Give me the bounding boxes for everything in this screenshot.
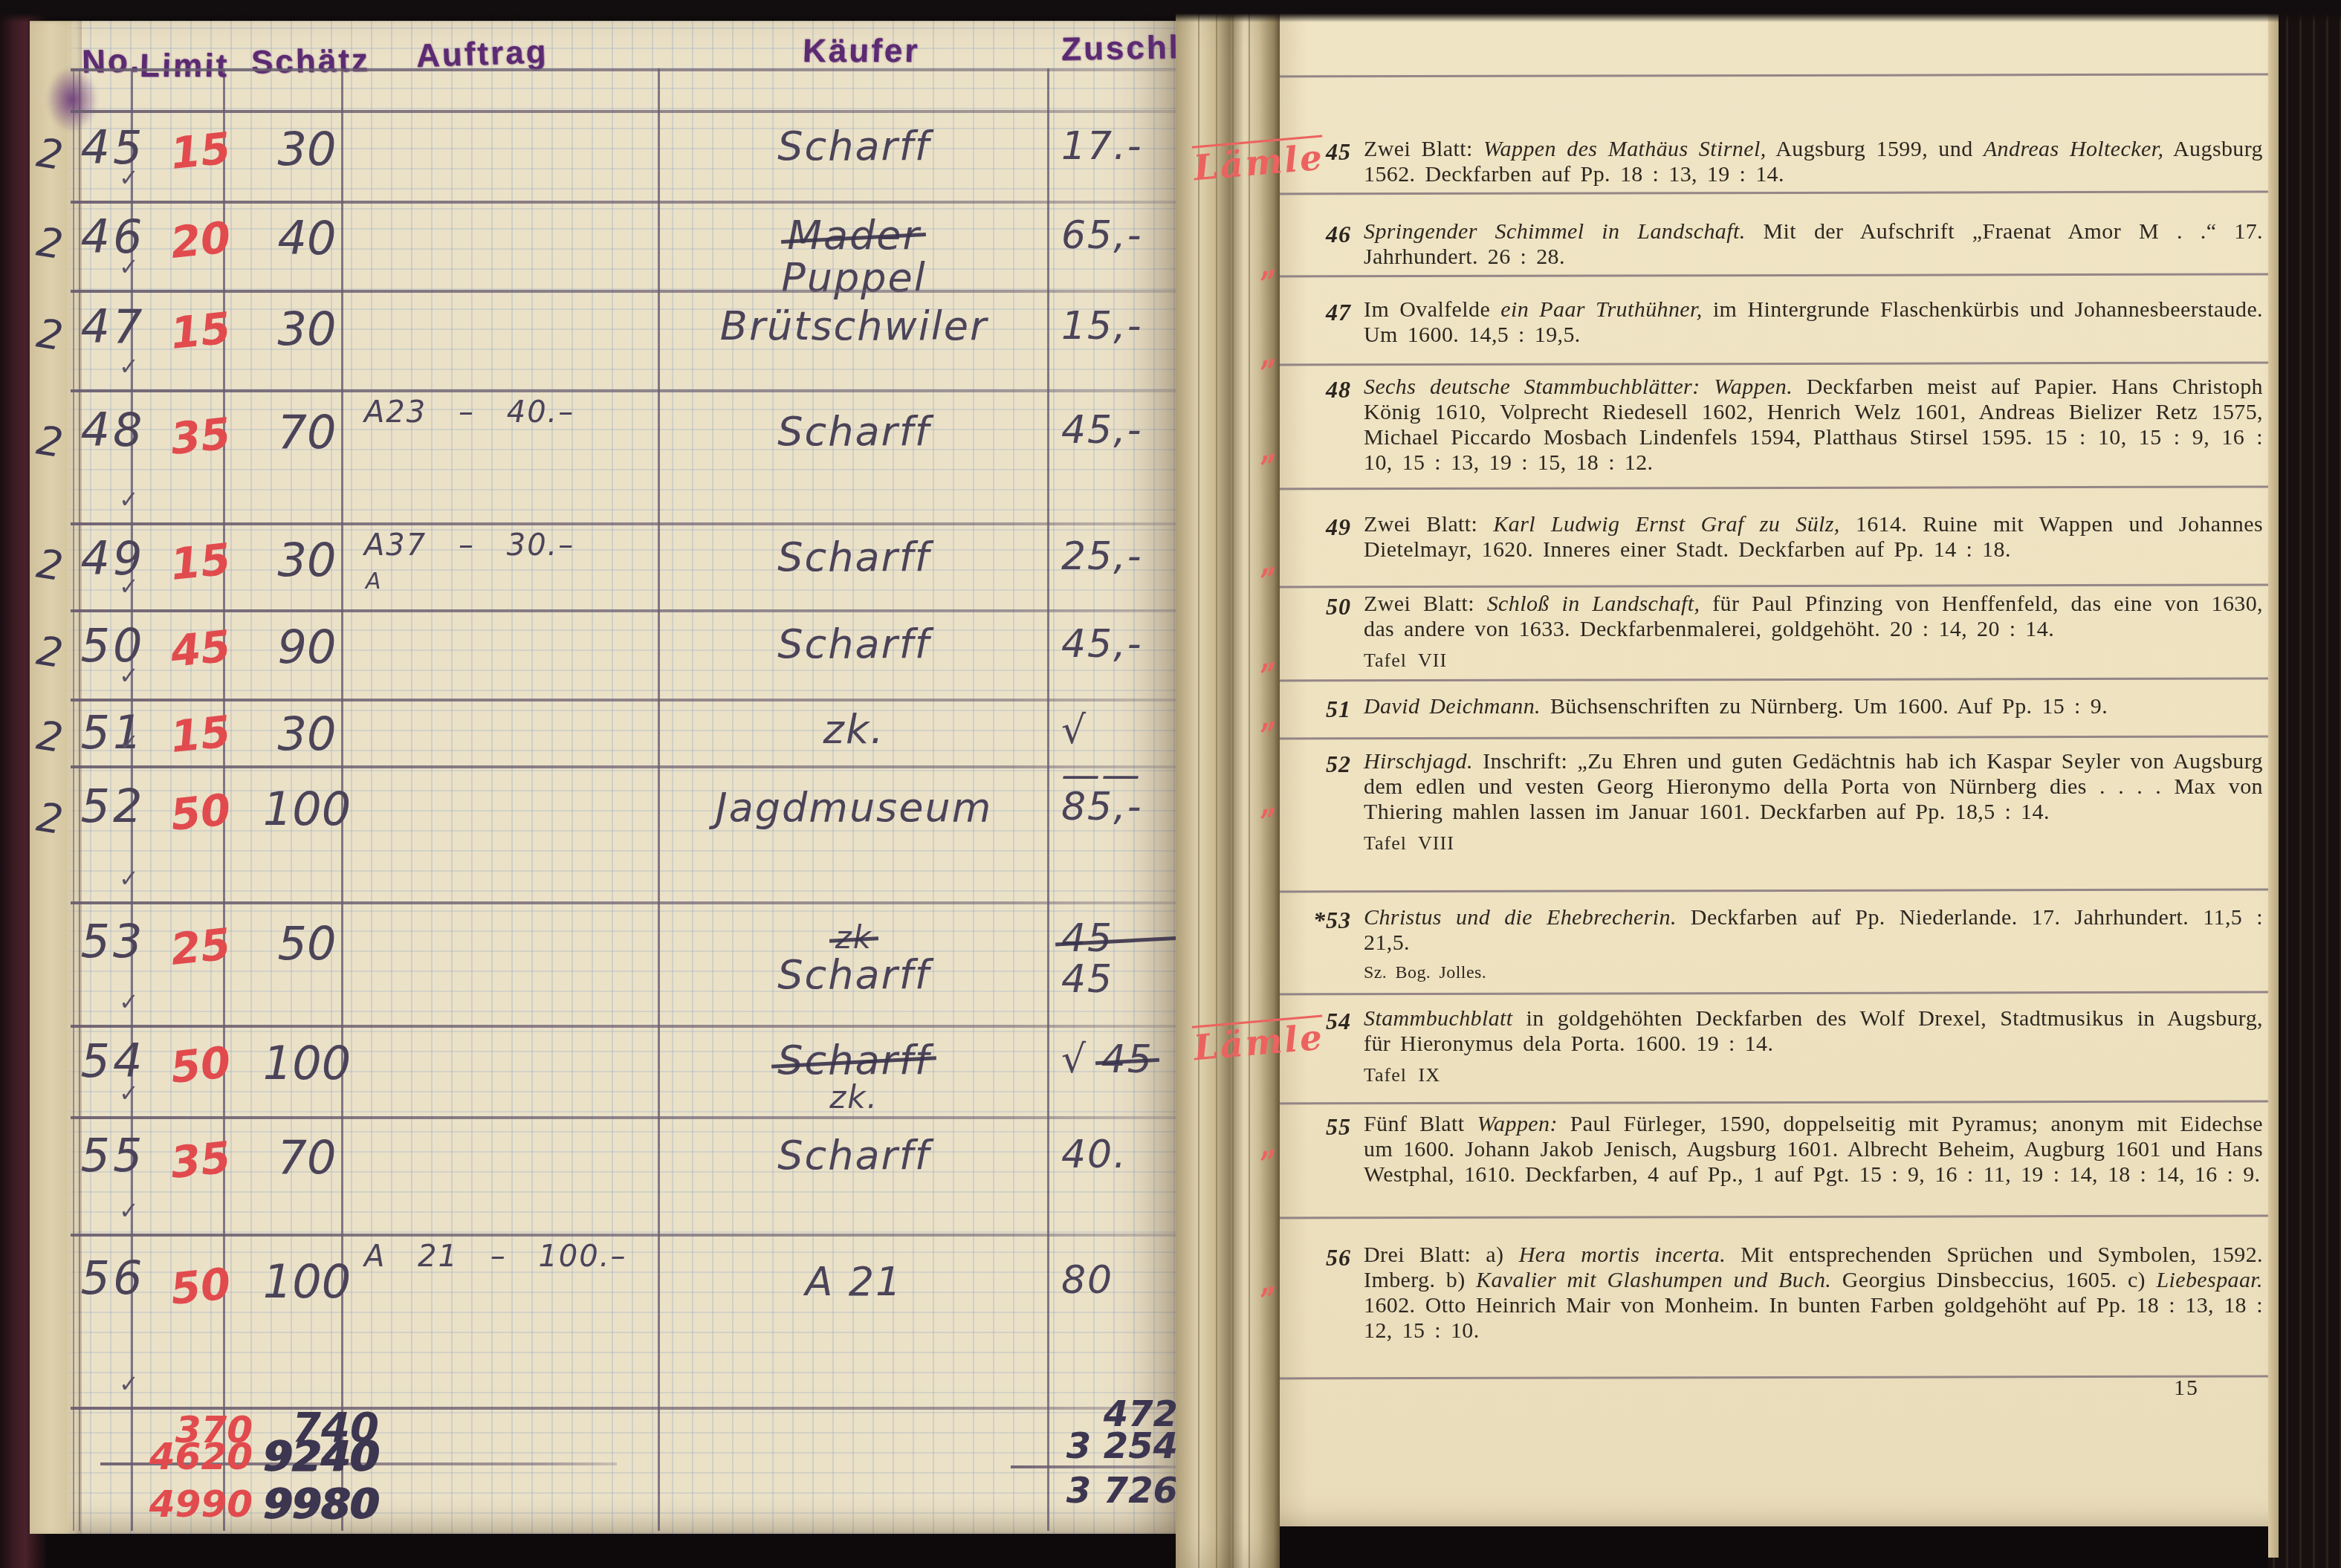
row-separator — [71, 901, 1176, 904]
table-row: 246✓2040MaderPuppel65,- — [30, 201, 1182, 290]
zuschlag-cell: 25,- — [1061, 534, 1177, 579]
row-margin-mark: 2 — [33, 540, 66, 590]
schaetz-cell: 100 — [250, 1254, 364, 1309]
lot-separator — [1263, 991, 2268, 996]
zuschlag-cell: 45,- — [1061, 622, 1177, 667]
table-row: 249✓1530A37 – 30.–AScharff25,- — [30, 522, 1182, 609]
table-row: 56✓50100A 21 – 100.–A 2180 — [30, 1234, 1182, 1407]
check-mark: ✓ — [119, 163, 139, 192]
row-margin-mark: 2 — [33, 711, 66, 762]
auftrag-note-extra: A — [366, 568, 381, 595]
catalog-lot-number: *53 — [1289, 907, 1351, 934]
check-mark: ✓ — [119, 728, 139, 757]
kaeufer-name: Scharff — [661, 1135, 1046, 1177]
kaeufer-cell: MaderPuppel — [661, 215, 1046, 299]
lot-number-cell: 54 — [76, 1034, 150, 1088]
zuschlag-struck: 45 — [1061, 919, 1177, 959]
schaetz-cell: 30 — [250, 122, 364, 176]
kaeufer-cell: Scharff — [661, 1135, 1046, 1177]
catalog-lot-number: 48 — [1289, 376, 1351, 404]
check-mark: ✓ — [119, 572, 139, 600]
row-margin-mark: 2 — [33, 417, 66, 467]
table-row: 53✓2550zkScharff4545 — [30, 901, 1182, 1025]
lot-text: Zwei Blatt: — [1364, 137, 1483, 161]
table-row: 251✓1530zk.√ —— — [30, 699, 1182, 765]
row-separator — [71, 522, 1176, 525]
provenance-note: Sz. Bog. Jolles. — [1364, 960, 2263, 985]
struck-text: zk — [835, 921, 872, 954]
zuschlag-cell: 17.- — [1061, 124, 1177, 169]
lot-text: Fünf Blatt — [1364, 1112, 1477, 1136]
lot-separator — [1263, 362, 2268, 366]
zuschlag-value: 45 — [1061, 959, 1177, 1000]
kaeufer-struck-above: zk — [661, 921, 1046, 954]
lot-title-italic: Sechs deutsche Stammbuchblätter: Wappen. — [1364, 375, 1793, 399]
table-row: 252✓50100Jagdmuseum85,- — [30, 765, 1182, 901]
lot-text: 1602. Otto Heinrich Mair von Monheim. In… — [1364, 1293, 2263, 1343]
zuschlag-value: 80 — [1061, 1258, 1113, 1303]
check-mark: ✓ — [119, 352, 139, 380]
column-header-no: No. — [82, 42, 142, 80]
limit-cell: 20 — [152, 210, 249, 270]
limit-cell: 50 — [152, 1034, 249, 1095]
lot-separator — [1263, 678, 2268, 682]
kaeufer-cell: Jagdmuseum — [661, 787, 1046, 829]
limit-cell: 50 — [152, 783, 249, 843]
lot-separator — [1263, 736, 2268, 740]
lot-title-italic: Schloß in Landschaft, — [1487, 592, 1700, 616]
lot-number-cell: 53 — [76, 914, 150, 968]
check-mark: ✓ — [119, 988, 139, 1016]
zuschlag-cell: 45,- — [1061, 408, 1177, 453]
check-mark: ✓ — [119, 1196, 139, 1225]
lot-number-cell: 52 — [76, 779, 150, 833]
lot-title-italic: David Deichmann. — [1364, 694, 1541, 719]
lot-separator — [1263, 1101, 2268, 1105]
catalog-lot-text: David Deichmann. Büchsenschriften zu Nür… — [1364, 694, 2263, 719]
lot-separator — [1263, 486, 2268, 490]
check-mark: ✓ — [119, 661, 139, 690]
zuschlag-value: 40. — [1061, 1133, 1127, 1177]
lot-text: Zwei Blatt: — [1364, 592, 1487, 616]
struck-text: Scharff — [777, 1040, 930, 1082]
lot-number-cell: 46 — [76, 210, 150, 264]
zuschlag-cell: 40. — [1061, 1133, 1177, 1177]
catalog-page: 45Zwei Blatt: Wappen des Mathäus Stirnel… — [1263, 10, 2274, 1526]
lot-title-italic: Karl Ludwig Ernst Graf zu Sülz, — [1493, 512, 1839, 537]
row-separator — [71, 1116, 1176, 1119]
table-row: 248✓3570A23 – 40.–Scharff45,- — [30, 389, 1182, 522]
kaeufer-name: A 21 — [661, 1261, 1046, 1303]
catalog-lot-text: Sechs deutsche Stammbuchblätter: Wappen.… — [1364, 375, 2263, 476]
zuschlag-value: 45,- — [1061, 408, 1142, 453]
limit-cell: 45 — [152, 619, 249, 679]
lot-title-italic: Springender Schimmel in Landschaft. — [1364, 219, 1746, 244]
lot-text: Drei Blatt: a) — [1364, 1243, 1519, 1267]
kaeufer-cell: Brütschwiler — [661, 305, 1046, 348]
lot-title-italic: Wappen: — [1477, 1112, 1557, 1136]
page-number: 15 — [2174, 1376, 2199, 1401]
schaetz-cell: 40 — [250, 211, 364, 265]
schaetz-cell: 50 — [250, 916, 364, 971]
lot-number-cell: 51 — [76, 705, 150, 759]
zuschlag-value: 25,- — [1061, 534, 1142, 579]
row-separator — [71, 699, 1176, 702]
kaeufer-name: Scharff — [661, 623, 1046, 666]
catalog-lot-number: 45 — [1289, 138, 1351, 166]
lot-separator — [1263, 273, 2268, 278]
lot-separator — [1263, 1376, 2268, 1380]
catalog-lot-number: 52 — [1289, 751, 1351, 778]
row-separator — [71, 389, 1176, 392]
row-margin-mark: 2 — [33, 627, 66, 678]
lot-number-cell: 48 — [76, 403, 150, 457]
kaeufer-cell: Scharff — [661, 126, 1046, 168]
row-separator — [71, 609, 1176, 612]
lot-text: Büchsenschriften zu Nürnberg. Um 1600. A… — [1541, 694, 2108, 719]
auftrag-note: A 21 – 100.– — [364, 1240, 626, 1274]
kaeufer-cell: Scharffzk. — [661, 1040, 1046, 1115]
lot-title-italic: Hirschjagd. — [1364, 749, 1473, 774]
zuschlag-struck: 45 — [1101, 1037, 1153, 1082]
table-row: 247✓1530Brütschwiler15,- — [30, 290, 1182, 389]
zuschlag-value: 15,- — [1061, 304, 1142, 349]
lot-title-italic: Andreas Holtecker, — [1984, 137, 2163, 161]
book-cover-top-edge — [0, 0, 2341, 22]
auftrag-note: A37 – 30.– — [364, 528, 574, 563]
lot-title-italic: ein Paar Truthühner, — [1500, 297, 1702, 322]
schaetz-cell: 100 — [250, 782, 364, 836]
kaeufer-cell: A 21 — [661, 1261, 1046, 1303]
kaeufer-cell: zkScharff — [661, 921, 1046, 997]
zuschlag-value: 65,- — [1061, 213, 1142, 258]
kaeufer-name: Brütschwiler — [661, 305, 1046, 348]
catalog-lot-text: Zwei Blatt: Schloß in Landschaft, für Pa… — [1364, 592, 2263, 673]
lot-title-italic: Christus und die Ehebrecherin. — [1364, 905, 1677, 930]
lot-number-cell: 45 — [76, 120, 150, 175]
catalog-lot-text: Springender Schimmel in Landschaft. Mit … — [1364, 219, 2263, 270]
limit-cell: 35 — [152, 1130, 249, 1190]
zuschlag-cell: √ 45 — [1061, 1037, 1177, 1082]
lot-separator — [1263, 584, 2268, 589]
kaeufer-cell: Scharff — [661, 623, 1046, 666]
tafel-reference: Tafel VIII — [1364, 831, 2263, 856]
lot-separator — [1263, 1215, 2268, 1219]
kaeufer-name: Scharff — [661, 954, 1046, 997]
catalog-lot-text: Christus und die Ehebrecherin. Deckfarbe… — [1364, 905, 2263, 985]
catalog-lot-number: 50 — [1289, 593, 1351, 621]
lot-text: Zwei Blatt: — [1364, 512, 1493, 537]
schaetz-cell: 30 — [250, 533, 364, 587]
column-header-schaetz: Schätz — [251, 42, 371, 82]
row-margin-mark: 2 — [33, 310, 66, 360]
schaetz-cell: 70 — [250, 405, 364, 459]
lot-number-cell: 55 — [76, 1128, 150, 1182]
lot-number-cell: 50 — [76, 618, 150, 673]
lot-title-italic: Hera mortis incerta. — [1519, 1243, 1726, 1267]
tafel-reference: Tafel IX — [1364, 1063, 2263, 1088]
catalog-lot-number: 46 — [1289, 221, 1351, 248]
totals-value: 9240 — [253, 1432, 379, 1480]
catalog-lot-text: Stammbuchblatt in goldgehöhten Deckfarbe… — [1364, 1006, 2263, 1088]
kaeufer-name: Scharff — [661, 126, 1046, 168]
table-row: 245✓1530Scharff17.- — [30, 111, 1182, 201]
lot-text: Augsburg 1599, und — [1767, 137, 1984, 161]
zuschlag-check: √ — [1061, 708, 1087, 753]
check-mark: ✓ — [119, 485, 139, 514]
zuschlag-value: 17.- — [1061, 124, 1142, 169]
lot-title-italic: Wappen des Mathäus Stirnel, — [1483, 137, 1767, 161]
limit-cell: 50 — [152, 1257, 249, 1317]
lot-number-cell: 49 — [76, 531, 150, 586]
zuschlag-check: √ — [1061, 1037, 1101, 1082]
book-gutter — [1176, 0, 1280, 1568]
kaeufer-below-note: zk. — [661, 1081, 1046, 1114]
catalog-lot-text: Zwei Blatt: Wappen des Mathäus Stirnel, … — [1364, 137, 2263, 187]
kaeufer-name: Scharff — [661, 411, 1046, 453]
lot-number-cell: 56 — [76, 1251, 150, 1305]
lot-separator — [1263, 889, 2268, 893]
lot-title-italic: Stammbuchblatt — [1364, 1006, 1513, 1031]
totals-value: 4620 — [141, 1435, 253, 1478]
catalog-lot-number: 49 — [1289, 514, 1351, 541]
limit-cell: 15 — [152, 121, 249, 181]
check-mark: ✓ — [119, 253, 139, 281]
row-separator — [71, 110, 1176, 113]
tafel-reference: Tafel VII — [1364, 648, 2263, 673]
catalog-lot-number: 51 — [1289, 696, 1351, 723]
limit-cell: 15 — [152, 531, 249, 592]
lot-separator — [1263, 74, 2268, 78]
lot-text: Georgius Dinsbeccius, 1605. c) — [1831, 1268, 2156, 1292]
catalog-lot-text: Hirschjagd. Inschrift: „Zu Ehren und gut… — [1364, 749, 2263, 856]
kaeufer-name: Jagdmuseum — [661, 787, 1046, 829]
lot-text: Inschrift: „Zu Ehren und guten Gedächtni… — [1364, 749, 2263, 824]
row-margin-mark: 2 — [33, 218, 66, 269]
limit-cell: 15 — [152, 301, 249, 361]
totals-value: 9980 — [253, 1480, 379, 1528]
schaetz-cell: 100 — [250, 1036, 364, 1090]
zuschlag-cell: 65,- — [1061, 213, 1177, 258]
zuschlag-cell: 4545 — [1061, 919, 1177, 1000]
limit-cell: 15 — [152, 704, 249, 765]
catalog-lot-text: Zwei Blatt: Karl Ludwig Ernst Graf zu Sü… — [1364, 512, 2263, 563]
check-mark: ✓ — [119, 1370, 139, 1398]
schaetz-cell: 70 — [250, 1130, 364, 1185]
schaetz-cell: 30 — [250, 707, 364, 761]
zuschlag-cell: 80 — [1061, 1258, 1177, 1303]
struck-text: Mader — [787, 215, 920, 257]
page-block-edges — [2268, 0, 2341, 1568]
schaetz-cell: 30 — [250, 302, 364, 356]
row-separator — [71, 201, 1176, 204]
zuschlag-cell: 15,- — [1061, 304, 1177, 349]
catalog-lot-number: 54 — [1289, 1008, 1351, 1035]
schaetz-cell: 90 — [250, 620, 364, 674]
totals-value: 3 726 — [1026, 1470, 1178, 1512]
kaeufer-name: Scharff — [661, 537, 1046, 579]
kaeufer-cell: Scharff — [661, 411, 1046, 453]
lot-title-italic: Kavalier mit Glashumpen und Buch. — [1476, 1268, 1831, 1292]
limit-cell: 25 — [152, 916, 249, 976]
zuschlag-value: 85,- — [1061, 785, 1142, 829]
check-mark: ✓ — [119, 864, 139, 892]
kaeufer-struck-name: Scharff — [661, 1040, 1046, 1082]
table-row: 55✓3570Scharff40. — [30, 1116, 1182, 1234]
lot-number-cell: 47 — [76, 299, 150, 354]
column-header-limit: Limit — [139, 48, 230, 85]
limit-cell: 35 — [152, 406, 249, 466]
table-row: 54✓50100Scharffzk.√ 45 — [30, 1025, 1182, 1116]
row-margin-mark: 2 — [33, 794, 66, 844]
zuschlag-cell: 85,- — [1061, 785, 1177, 829]
catalog-lot-text: Fünf Blatt Wappen: Paul Fürleger, 1590, … — [1364, 1112, 2263, 1188]
table-row: 250✓4590Scharff45,- — [30, 609, 1182, 699]
kaeufer-cell: zk. — [661, 709, 1046, 751]
catalog-lot-text: Drei Blatt: a) Hera mortis incerta. Mit … — [1364, 1243, 2263, 1344]
row-separator — [71, 765, 1176, 768]
kaeufer-struck-name: Mader — [661, 215, 1046, 257]
ledger-page: No. Limit Schätz Auftrag Käufer Zuschlag… — [30, 21, 1182, 1534]
catalog-lot-number: 56 — [1289, 1244, 1351, 1271]
catalog-lot-text: Im Ovalfelde ein Paar Truthühner, im Hin… — [1364, 297, 2263, 348]
check-mark: ✓ — [119, 1079, 139, 1107]
lot-title-italic: Liebespaar. — [2156, 1268, 2263, 1292]
zuschlag-value: 45,- — [1061, 622, 1142, 667]
catalog-lot-number: 55 — [1289, 1113, 1351, 1141]
totals-value: 4990 — [141, 1483, 253, 1526]
lot-text: Im Ovalfelde — [1364, 297, 1500, 322]
row-separator — [71, 290, 1176, 293]
catalog-lot-number: 47 — [1289, 299, 1351, 326]
row-margin-mark: 2 — [33, 129, 66, 180]
kaeufer-cell: Scharff — [661, 537, 1046, 579]
column-header-kaeufer: Käufer — [802, 33, 920, 70]
totals-value: 3 254 — [1026, 1425, 1178, 1467]
lot-separator — [1263, 191, 2268, 195]
row-separator — [71, 68, 1176, 71]
row-separator — [71, 1234, 1176, 1237]
auftrag-note: A23 – 40.– — [364, 395, 574, 430]
kaeufer-name: zk. — [661, 709, 1046, 751]
row-separator — [71, 1025, 1176, 1028]
